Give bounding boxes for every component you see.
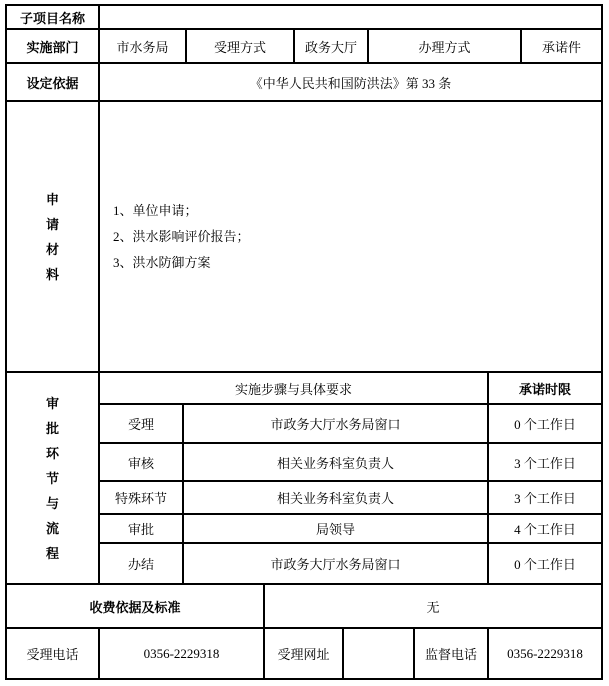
supervise-phone-value: 0356-2229318 [489,629,601,678]
process-desc: 相关业务科室负责人 [184,482,489,513]
row-materials: 申请材料 1、单位申请； 2、洪水影响评价报告； 3、洪水防御方案 [7,102,601,373]
department-value: 市水务局 [100,30,187,62]
process-header-steps: 实施步骤与具体要求 [100,373,489,403]
sub-project-label: 子项目名称 [7,6,100,28]
process-desc: 相关业务科室负责人 [184,444,489,480]
process-desc: 市政务大厅水务局窗口 [184,544,489,583]
basis-label: 设定依据 [7,64,100,100]
accept-website-label: 受理网址 [265,629,344,678]
process-label: 审批环节与流程 [45,391,60,566]
materials-label-cell: 申请材料 [7,102,100,371]
process-subtable: 实施步骤与具体要求 承诺时限 受理 市政务大厅水务局窗口 0 个工作日 审核 相… [100,373,601,583]
row-contact: 受理电话 0356-2229318 受理网址 监督电话 0356-2229318 [7,629,601,678]
materials-value-cell: 1、单位申请； 2、洪水影响评价报告； 3、洪水防御方案 [100,102,601,371]
process-step: 审批 [100,515,184,542]
row-fee: 收费依据及标准 无 [7,585,601,629]
process-step: 受理 [100,405,184,442]
process-time: 4 个工作日 [489,515,601,542]
process-header-time: 承诺时限 [489,373,601,403]
process-time: 3 个工作日 [489,444,601,480]
process-row-finish: 办结 市政务大厅水务局窗口 0 个工作日 [100,544,601,583]
row-department: 实施部门 市水务局 受理方式 政务大厅 办理方式 承诺件 [7,30,601,64]
supervise-phone-label: 监督电话 [415,629,489,678]
process-label-cell: 审批环节与流程 [7,373,100,583]
row-basis: 设定依据 《中华人民共和国防洪法》第 33 条 [7,64,601,102]
process-row-approve: 审批 局领导 4 个工作日 [100,515,601,544]
accept-website-value [344,629,415,678]
handle-mode-value: 承诺件 [522,30,601,62]
fee-label: 收费依据及标准 [7,585,265,627]
department-label: 实施部门 [7,30,100,62]
materials-list: 1、单位申请； 2、洪水影响评价报告； 3、洪水防御方案 [100,102,601,371]
fee-value: 无 [265,585,601,627]
process-row-accept: 受理 市政务大厅水务局窗口 0 个工作日 [100,405,601,444]
process-desc: 市政务大厅水务局窗口 [184,405,489,442]
process-step: 办结 [100,544,184,583]
accept-phone-value: 0356-2229318 [100,629,265,678]
process-step: 特殊环节 [100,482,184,513]
accept-phone-label: 受理电话 [7,629,100,678]
materials-label: 申请材料 [45,187,60,287]
process-row-special: 特殊环节 相关业务科室负责人 3 个工作日 [100,482,601,515]
sub-project-value [100,6,601,28]
process-row-review: 审核 相关业务科室负责人 3 个工作日 [100,444,601,482]
material-item: 3、洪水防御方案 [113,250,211,276]
process-header-row: 实施步骤与具体要求 承诺时限 [100,373,601,405]
material-item: 2、洪水影响评价报告； [113,224,250,250]
process-time: 3 个工作日 [489,482,601,513]
row-process: 审批环节与流程 实施步骤与具体要求 承诺时限 受理 市政务大厅水务局窗口 0 个… [7,373,601,585]
process-desc: 局领导 [184,515,489,542]
basis-value: 《中华人民共和国防洪法》第 33 条 [100,64,601,100]
process-time: 0 个工作日 [489,405,601,442]
handle-mode-label: 办理方式 [369,30,522,62]
process-step: 审核 [100,444,184,480]
accept-mode-label: 受理方式 [187,30,295,62]
row-sub-project: 子项目名称 [7,6,601,30]
accept-mode-value: 政务大厅 [295,30,369,62]
process-time: 0 个工作日 [489,544,601,583]
approval-form-table: 子项目名称 实施部门 市水务局 受理方式 政务大厅 办理方式 承诺件 设定依据 … [5,4,603,680]
document-page: 子项目名称 实施部门 市水务局 受理方式 政务大厅 办理方式 承诺件 设定依据 … [0,0,609,686]
material-item: 1、单位申请； [113,198,198,224]
